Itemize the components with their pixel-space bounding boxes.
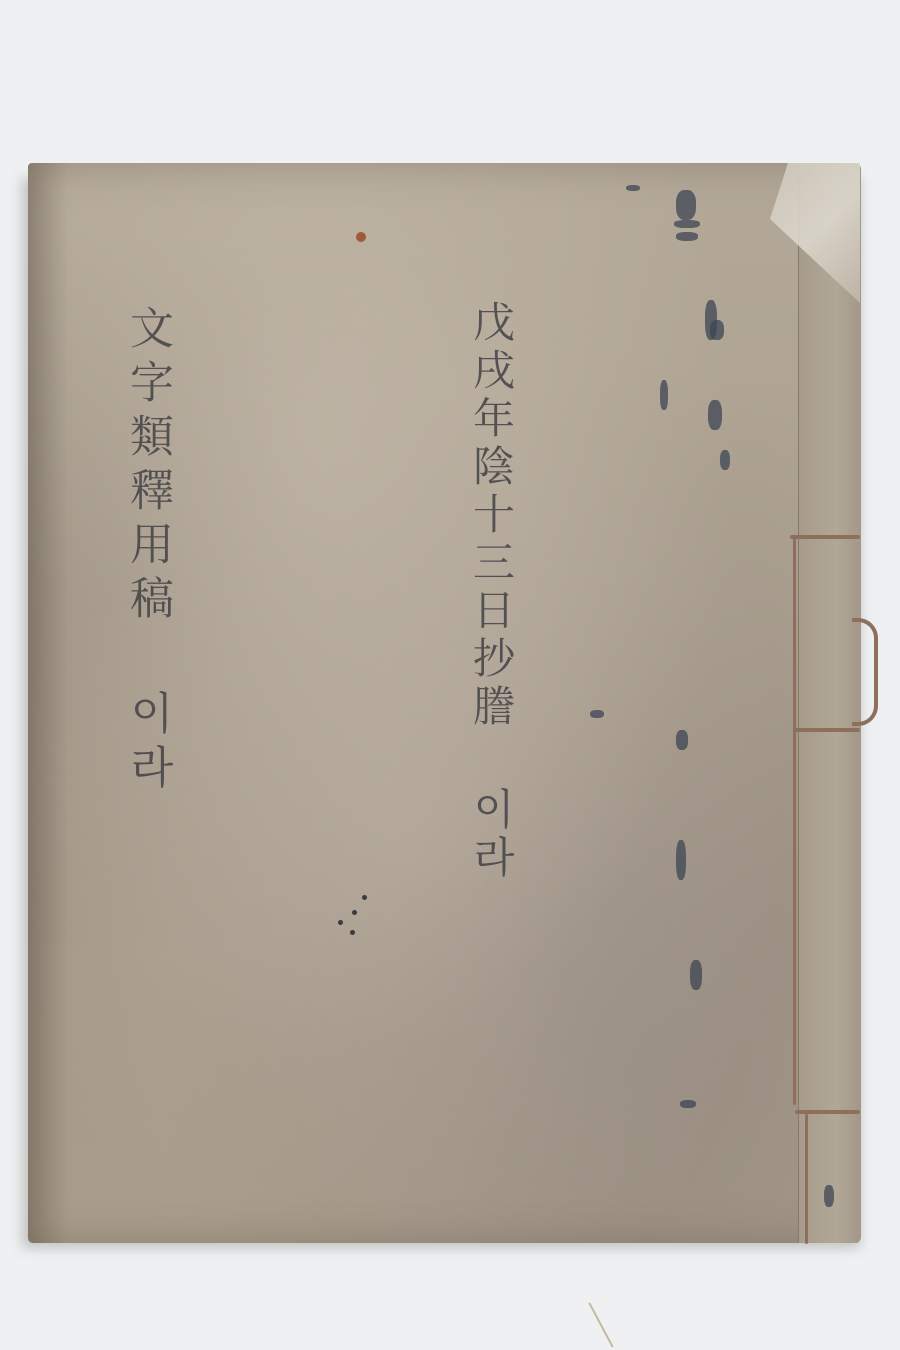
ink-dot xyxy=(338,920,343,925)
binding-string xyxy=(795,728,860,732)
ink-stain xyxy=(680,1100,696,1108)
ink-stain xyxy=(690,960,702,990)
ink-dot xyxy=(362,895,367,900)
ink-stain xyxy=(824,1185,834,1207)
cover-inscription-right: 戊戌年陰十三日抄謄 이라 xyxy=(470,300,512,883)
binding-string-loop xyxy=(852,618,878,726)
ink-dot xyxy=(350,930,355,935)
ink-stain xyxy=(674,220,700,228)
ink-stain xyxy=(590,710,604,718)
binding-string xyxy=(793,535,796,1105)
ink-stain xyxy=(660,380,668,410)
red-stain xyxy=(356,232,366,242)
ink-dot xyxy=(352,910,357,915)
ink-stain xyxy=(676,190,696,220)
straw-fiber xyxy=(588,1302,613,1347)
cover-left-edge xyxy=(28,163,68,1243)
ink-stain xyxy=(708,400,722,430)
ink-stain xyxy=(710,320,724,340)
ink-stain xyxy=(676,730,688,750)
cover-title-left: 文字類釋用稿 이라 xyxy=(125,305,169,798)
ink-stain xyxy=(676,840,686,880)
ink-stain xyxy=(720,450,730,470)
ink-stain xyxy=(626,185,640,191)
binding-string xyxy=(790,535,860,539)
binding-string xyxy=(805,1114,808,1244)
ink-stain xyxy=(676,232,698,241)
